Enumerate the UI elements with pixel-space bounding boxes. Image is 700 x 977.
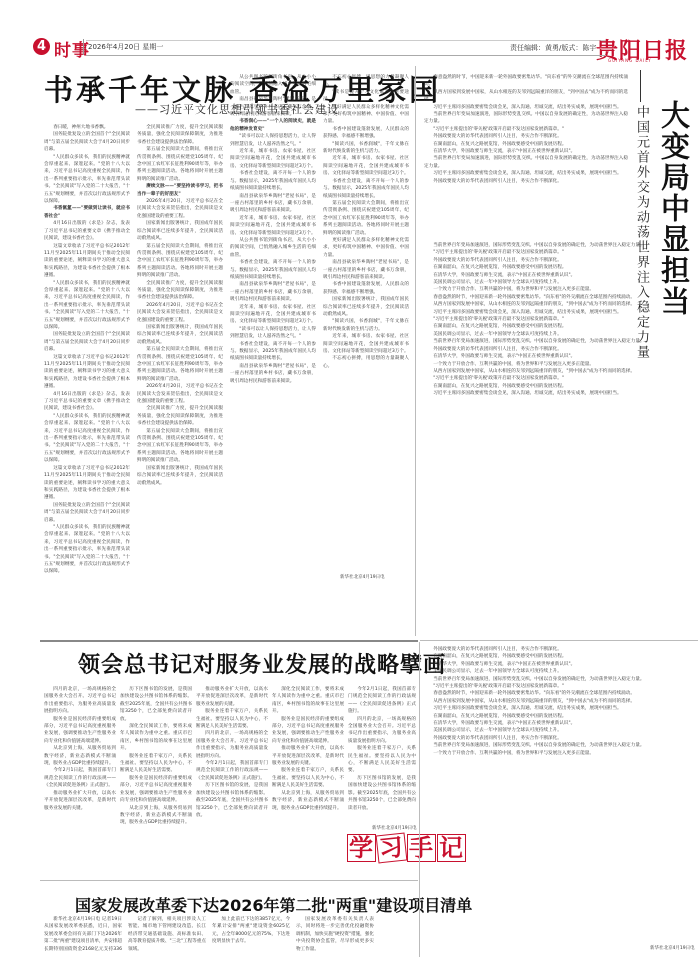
paragraph: 当前世界百年变局加速演进，国际形势变乱交织。中国以自身发展的确定性，为动荡世界注… (424, 111, 628, 126)
paragraph: 近年来，城市书房、农家书屋、社区阅读空间遍地开花，全国共建成城市书房、文化驿站等… (323, 155, 409, 177)
story1-dateline: 新华社北京4月19日电 (340, 574, 385, 580)
story3-headline[interactable]: 国家发展改革委下达2026年第二批"两重"建设项目清单 (75, 893, 472, 916)
paragraph: 从北京到上海，从服务贸易到数字经济，新业态新模式不断涌现，服务业占GDP比重持续… (120, 805, 192, 827)
story1-column-2: 全民阅读推广力度，提升全民阅读服务质量，强化全民阅读保障制度，为推进书香社会建设… (137, 124, 223, 584)
paragraph: 服务业连着千家万户，关系民生福祉。要坚持以人民为中心，不断满足人民美好生活需要。 (272, 767, 344, 789)
paragraph: "习近平主席提出的'零关税'政策开启最不发达国家发展新篇章。" (424, 375, 696, 382)
paragraph: 更好满足人民群众多样化精神文化需求，更好构筑中国精神、中国价值、中国力量。 (323, 237, 409, 259)
paragraph: 在湖南韶山，在复兴之路展览馆，外国政要感受中国的发展历程。 (424, 323, 696, 330)
paragraph: "人民群众多读书，我们的民族精神就会厚重起来、深邃起来。"党的十八大以来，习近平… (44, 154, 130, 206)
header-bottom-rule (86, 55, 606, 56)
paragraph: 外国政要庞大的访华代表团同所引人注目，务实合作不断深化。 (424, 735, 696, 742)
paragraph: 服务业是国民经济的重要组成部分，习近平总书记高度重视服务业发展，强调要推动生产性… (44, 716, 116, 746)
paragraph: 国家新闻出版署统计，我国成年国民综合阅读率已连续多年提升，全民阅读活动蔚然成风。 (137, 465, 223, 487)
story1-column-4: 不忘初心拼搏，用思想的力量凝聚人心。 "读书是提升个人文化素养的重要途径。" 更… (323, 74, 409, 574)
paragraph: 当前世界百年变局加速演进，国际形势变乱交织。中国以自身发展的确定性，为动荡世界注… (424, 155, 628, 170)
paragraph: 书香社会建设，离不开每一个人的参与。数据显示，2025年我国成年国民人均纸质图书… (230, 259, 316, 281)
subhead: 书香润心——"一个人的阅读史，就是他的精神发育史" (230, 118, 316, 133)
paragraph: 南昌县砍泉华乡陶村"老屋书局"，是一座古村落里的乡村书店，藏书万余册，吸引周边村… (323, 259, 409, 281)
paragraph: 习近平主席同多国政要密集会谈会见，深入沟通、坦诚交流，结出务实成果，展现中国担当… (424, 170, 628, 177)
header-separator (83, 39, 84, 55)
paragraph: 外国政要庞大的访华代表团同所引人注目，务实合作不断深化。 (424, 178, 628, 185)
section-title: 时事 (54, 36, 90, 61)
paragraph: 在湖南韶山，在复兴之路展览馆，外国政要感受中国的发展历程。 (424, 141, 628, 148)
paragraph: 从北京到上海，从服务贸易到数字经济，新业态新模式不断涌现，服务业占GDP比重持续… (272, 790, 344, 812)
paragraph: 今年2月1日起，我国首部专门规范全民阅读工作的行政法规——《全民阅读促进条例》正… (348, 686, 416, 716)
header-top-rule (86, 40, 606, 41)
paragraph: 在清华大学，外国政要与师生交流，表示"中国正在被世界重新认识"。 (424, 148, 628, 155)
story2-column-4: 深化全民阅读工作，要将未成年人阅读作为重中之重。重庆市巴南区，乡村图书馆的故事在… (272, 686, 344, 876)
paragraph: 当前世界百年变局加速演进，国际形势变乱交织。中国以自身发展的确定性，为动荡世界注… (424, 242, 696, 249)
paragraph: "习近平主席提出的'零关税'政策开启最不发达国家发展新篇章。" (424, 249, 696, 256)
paragraph: 近年来，城市书房、农家书屋、社区阅读空间遍地开花，全国共建成城市书房、文化驿站等… (230, 215, 316, 237)
paragraph: 当前世界百年变局加速演进，国际形势变乱交织。中国以自身发展的确定性，为动荡世界注… (424, 338, 696, 345)
paragraph: 书香社会建设，离不开每一个人的参与。数据显示，2025年我国成年国民人均纸质图书… (230, 170, 316, 192)
paragraph: 从西方国家到发展中国家，从山水相连的友邻到远隔重洋的朋友，"到中国去"成为不约而… (424, 698, 696, 705)
paragraph: "读书可以让人保持思想活力，让人得到智慧启发，让人滋养浩然之气。" (230, 326, 316, 341)
column-divider (415, 66, 416, 636)
paragraph: 服务业是国民经济的重要组成部分，习近平总书记高度重视服务业发展，强调要推动生产性… (272, 716, 344, 746)
paragraph: 春意盎然的时节，中国迎来新一轮外国政要密集访华。"向东看"的外交潮流在全球范围内… (424, 294, 696, 301)
section-divider-right (420, 640, 698, 641)
paragraph: 书香中国建设蓬勃发展，人民群众的获得感、幸福感不断增强。 (323, 281, 409, 296)
paragraph: 推动服务业扩大开放，以高水平开放促进深层次改革，是新时代服务业发展的关键。 (44, 790, 116, 812)
story3-column-4: 国家发展改革委有关负责人表示，同时将进一步完善优化投融资协调机制，加快实施"硬投… (296, 916, 374, 952)
paragraph: 国家新闻出版署统计，我国成年国民综合阅读率已连续多年提升，全民阅读活动蔚然成风。 (137, 220, 223, 242)
story1-column-1: 春日暖，神州大地书香飘。 国务院批复设立的全国首个"全民阅读周"与第五届全民阅读… (44, 124, 130, 584)
paragraph: 南昌县砍泉华乡陶村"老屋书局"，是一座古村落里的乡村书店，藏书万余册，吸引周边村… (230, 193, 316, 215)
paragraph: "习近平主席提出的'零关税'政策开启最不发达国家发展新篇章。" (424, 316, 696, 323)
paragraph: "人民群众多读书，我们的民族精神就会厚重起来、深邃起来。"党的十八大以来，习近平… (44, 524, 130, 576)
story3-column-2: 记者了解到，相关项目涉及人工智能、城市地下管网建设改造、长江经济带交通基础设施、… (128, 916, 206, 952)
paragraph: "阅读兴国，书香润城"，千年文脉在新时代焕发新的生机与活力。 (323, 318, 409, 333)
paragraph: 南昌县砍泉华乡陶村"老屋书局"，是一座古村落里的乡村书店，藏书万余册，吸引周边村… (230, 363, 316, 385)
paragraph: 美国民调公司显示，过去一年中国领导力全球认可度持续上升。 (424, 668, 696, 675)
paragraph: 国务院批复设立的全国首个"全民阅读周"与第五届全民阅读大会于4月20日同步启幕。 (44, 331, 130, 353)
paragraph: "读书是提升个人文化素养的重要途径。" (323, 89, 409, 104)
paragraph: 近年来，城市书房、农家书屋、社区阅读空间遍地开花，全国共建成城市书房、文化驿站等… (230, 304, 316, 326)
paragraph: 书香社会建设，离不开每一个人的参与。数据显示，2025年我国成年国民人均纸质图书… (323, 178, 409, 200)
paragraph: "习近平主席提出的'零关税'政策开启最不发达国家发展新篇章。" (424, 683, 696, 690)
paragraph: 服务业连着千家万户，关系民生福祉。要坚持以人民为中心，不断满足人民美好生活需要。 (120, 753, 192, 775)
paragraph: 国务院批复设立的全国首个"全民阅读周"与第五届全民阅读大会于4月20日同步启幕。 (44, 131, 130, 153)
right-story-bottom-text: 当前世界百年变局加速演进，国际形势变乱交织。中国以自身发展的确定性，为动荡世界注… (424, 242, 696, 632)
story2-column-2: 历下区图书馆的发展，是我国加快建设公共图书馆体系的缩影。截至2025年底，全国共… (120, 686, 192, 876)
paragraph: 记者了解到，相关项目涉及人工智能、城市地下管网建设改造、长江经济带交通基础设施、… (128, 916, 206, 952)
stamp-char: 学 (347, 834, 376, 862)
paragraph: 国务院批复设立的全国首个"全民阅读周"与第五届全民阅读大会于4月20日同步启幕。 (44, 502, 130, 524)
paragraph: 第五届全民阅读大会期间，将推出宣传贯彻条例、围绕庆祝建党105周年、纪念中国工农… (137, 346, 223, 383)
paragraph: 从公共图书馆到街角书店，从大小小的阅读空间，已悄然融入城乡生活的毛细血管。 (230, 74, 316, 96)
paragraph: 这篇文章收录了习近平总书记2012年11月至2025年11月期间关于推动全民阅读… (44, 243, 130, 280)
paragraph: 美国民调公司显示，过去一年中国领导力全球认可度持续上升。 (424, 279, 696, 286)
paragraph: 新华社北京4月19日电 记者19日从国家发展改革委获悉，近日，国家发展改革委会同… (44, 916, 122, 952)
paragraph: 四月的北京，一场高规格的全国服务业大会召开。习近平总书记作出重要指示，为服务业高… (348, 716, 416, 746)
story2-dateline: 新华社北京4月19日电 (372, 825, 417, 831)
paragraph: 春意盎然的时节，中国迎来新一轮外国政要密集访华。"向东看"的外交潮流在全球范围内… (424, 690, 696, 697)
paragraph: 更好满足人民群众多样化精神文化需求，更好构筑中国精神、中国价值、中国力量。 (323, 104, 409, 126)
paragraph: 今年2月1日起，我国首部专门规范全民阅读工作的行政法规——《全民阅读促进条例》正… (44, 767, 116, 789)
newspaper-logo-sub: GUIYANG DAILY (608, 58, 652, 63)
paragraph: 全民阅读推广力度，提升全民阅读服务质量，强化全民阅读保障制度，为推进书香社会建设… (137, 280, 223, 302)
paragraph: 不忘初心拼搏，用思想的力量凝聚人心。 (323, 74, 409, 89)
paragraph: 推动服务业扩大开放，以高水平开放促进深层次改革，是新时代服务业发展的关键。 (196, 686, 268, 708)
story2-column-1: 四月的北京，一场高规格的全国服务业大会召开。习近平总书记作出重要指示，为服务业高… (44, 686, 116, 876)
page-number-badge: 4 (33, 38, 50, 55)
story2-column-5: 今年2月1日起，我国首部专门规范全民阅读工作的行政法规——《全民阅读促进条例》正… (348, 686, 416, 824)
paragraph: 近年来，城市书房、农家书屋、社区阅读空间遍地开花，全国共建成城市书房、文化驿站等… (323, 333, 409, 355)
paragraph: 服务业是国民经济的重要组成部分，习近平总书记高度重视服务业发展，强调要推动生产性… (120, 775, 192, 805)
right-story-top-text: 春意盎然的时节，中国迎来新一轮外国政要密集访华。"向东看"的外交潮流在全球范围内… (424, 74, 628, 239)
paragraph: 不忘初心拼搏，用思想的力量凝聚人心。 (323, 355, 409, 370)
paragraph: 书香中国建设蓬勃发展，人民群众的获得感、幸福感不断增强。 (323, 126, 409, 141)
story3-column-3: 加上此前已下达的3857亿元，今年累计安排"两重"建设资金6025亿元，占全年8… (212, 916, 290, 952)
paragraph: 第五届全民阅读大会期间，将推出宣传贯彻条例、围绕庆祝建党105周年、纪念中国工农… (137, 428, 223, 465)
paragraph: 第五届全民阅读大会期间，将推出宣传贯彻条例、围绕庆祝建党105周年、纪念中国工农… (323, 200, 409, 237)
paragraph: 一个致力于开放合作、互利共赢的中国，将为世界和平与发展注入更多正能量。 (424, 286, 696, 293)
paragraph: 服务业连着千家万户，关系民生福祉。要坚持以人民为中心，不断满足人民美好生活需要。 (348, 745, 416, 775)
paragraph: "阅读兴国，书香润城"，千年文脉在新时代焕发新的生机与活力。 (323, 141, 409, 156)
paragraph: 第五届全民阅读大会期间，将推出宣传贯彻条例、围绕庆祝建党105周年、纪念中国工农… (137, 243, 223, 280)
paragraph: 全民阅读推广力度，提升全民阅读服务质量，强化全民阅读保障制度，为推进书香社会建设… (137, 124, 223, 146)
story2-headline[interactable]: 领会总书记对服务业发展的战略擘画 (78, 648, 446, 679)
paragraph: 这篇文章收录了习近平总书记2012年11月至2025年11月期间关于推动全民阅读… (44, 465, 130, 502)
paragraph: "人民群众多读书，我们的民族精神就会厚重起来、深邃起来。"党的十八大以来，习近平… (44, 413, 130, 465)
paragraph: 南昌县砍泉华乡陶村"老屋书局"，是一座古村落里的乡村书店，藏书万余册，吸引周边村… (230, 281, 316, 303)
story2-column-3: 推动服务业扩大开放，以高水平开放促进深层次改革，是新时代服务业发展的关键。 服务… (196, 686, 268, 876)
paragraph: 今年2月1日起，我国首部专门规范全民阅读工作的行政法规——《全民阅读促进条例》正… (196, 760, 268, 782)
paragraph: 当前世界百年变局加速演进，国际形势变乱交织。中国以自身发展的确定性，为动荡世界注… (424, 676, 696, 683)
paragraph: 从西方国家到发展中国家，从山水相连的友邻到远隔重洋的朋友，"到中国去"成为不约而… (424, 301, 696, 308)
paragraph: 外国政要庞大的访华代表团同所引人注目，务实合作不断深化。 (424, 257, 696, 264)
paragraph: 外国政要庞大的访华代表团同所引人注目，务实合作不断深化。 (424, 133, 628, 140)
paragraph: 近年来，城市书房、农家书屋、社区阅读空间遍地开花，全国共建成城市书房、文化驿站等… (230, 148, 316, 170)
paragraph: 第五届全民阅读大会期间，将推出宣传贯彻条例、围绕庆祝建党105周年、纪念中国工农… (137, 146, 223, 183)
paragraph: 2026年4月20日，习近平总书记在全民阅读大会发来贺信指出，全民阅读是文化强国… (137, 302, 223, 324)
paragraph: 国家发展改革委有关负责人表示，同时将进一步完善优化投融资协调机制，加快实施"硬投… (296, 916, 374, 952)
paragraph: 在清华大学，外国政要与师生交流，表示"中国正在被世界重新认识"。 (424, 720, 696, 727)
story1-column-3: 从公共图书馆到街角书店，从大小小的阅读空间，已悄然融入城乡生活的毛细血管。 南昌… (230, 74, 316, 584)
story3-column-1: 新华社北京4月19日电 记者19日从国家发展改革委获悉，近日，国家发展改革委会同… (44, 916, 122, 952)
paragraph: 习近平主席同多国政要密集会谈会见，深入沟通、坦诚交流，结出务实成果，展现中国担当… (424, 309, 696, 316)
paragraph: 2026年4月20日，习近平总书记在全民阅读大会发来贺信指出，全民阅读是文化强国… (137, 383, 223, 405)
paragraph: 外国政要庞大的访华代表团同所引人注目，务实合作不断深化。 (424, 646, 696, 653)
right-story-dateline: 新华社北京4月19日电 (650, 945, 695, 951)
paragraph: 国家新闻出版署统计，我国成年国民综合阅读率已连续多年提升，全民阅读活动蔚然成风。 (323, 296, 409, 318)
paragraph: 习近平主席同多国政要密集会谈会见，深入沟通、坦诚交流，结出务实成果，展现中国担当… (424, 705, 696, 712)
paragraph: "读书可以让人保持思想活力，让人得到智慧启发，让人滋养浩然之气。" (230, 133, 316, 148)
paragraph: 加上此前已下达的3857亿元，今年累计安排"两重"建设资金6025亿元，占全年8… (212, 916, 290, 946)
paragraph: 当前世界百年变局加速演进，国际形势变乱交织。中国以自身发展的确定性，为动荡世界注… (424, 742, 696, 749)
paragraph: 4月16日出版的《求是》杂志，发表了习近平总书记的重要文章《携手推动全民阅读，建… (44, 220, 130, 242)
paragraph: 美国民调公司显示，过去一年中国领导力全球认可度持续上升。 (424, 331, 696, 338)
paragraph: 四月的北京，一场高规格的全国服务业大会召开。习近平总书记作出重要指示，为服务业高… (196, 730, 268, 760)
editor-credit: 责任编辑：黄勇/版式：陈宇 (510, 43, 596, 53)
right-story-rule (640, 70, 641, 102)
paragraph: 在湖南韶山，在复兴之路展览馆，外国政要感受中国的发展历程。 (424, 653, 696, 660)
paragraph: 推动服务业扩大开放，以高水平开放促进深层次改革，是新时代服务业发展的关键。 (272, 745, 344, 767)
paragraph: "习近平主席提出的'零关税'政策开启最不发达国家发展新篇章。" (424, 126, 628, 133)
paragraph: 外国政要庞大的访华代表团同所引人注目，务实合作不断深化。 (424, 346, 696, 353)
paragraph: 春日暖，神州大地书香飘。 (44, 124, 130, 131)
paragraph: 深化全民阅读工作，要将未成年人阅读作为重中之重。重庆市巴南区，乡村图书馆的故事在… (272, 686, 344, 716)
paragraph: 4月16日出版的《求是》杂志，发表了习近平总书记的重要文章《携手推动全民阅读，建… (44, 391, 130, 413)
paragraph: 服务业连着千家万户，关系民生福祉。要坚持以人民为中心，不断满足人民美好生活需要。 (196, 708, 268, 730)
paragraph: 深化全民阅读工作，要将未成年人阅读作为重中之重。重庆市巴南区，乡村图书馆的故事在… (120, 723, 192, 753)
paragraph: 在湖南韶山，在复兴之路展览馆，外国政要感受中国的发展历程。 (424, 383, 696, 390)
stamp-char: 习 (376, 833, 408, 864)
section-divider-2 (40, 880, 418, 881)
paragraph: 一个致力于开放合作、互利共赢的中国，将为世界和平与发展注入更多正能量。 (424, 361, 696, 368)
paragraph: 在清华大学，外国政要与师生交流，表示"中国正在被世界重新认识"。 (424, 661, 696, 668)
paragraph: 从西方国家到发展中国家，从山水相连的友邻到远隔重洋的朋友，"到中国去"成为不约而… (424, 89, 628, 104)
paragraph: "人民群众多读书，我们的民族精神就会厚重起来、深邃起来。"党的十八大以来，习近平… (44, 280, 130, 332)
paragraph: 历下区图书馆的发展，是我国加快建设公共图书馆体系的缩影。截至2025年底，全国共… (196, 782, 268, 819)
section-divider (40, 640, 418, 642)
paragraph: 美国民调公司显示，过去一年中国领导力全球认可度持续上升。 (424, 727, 696, 734)
paragraph: 2026年4月20日，习近平总书记在全民阅读大会发来贺信指出，全民阅读是文化强国… (137, 198, 223, 220)
paragraph: 习近平主席同多国政要密集会谈会见，深入沟通、坦诚交流，结出务实成果，展现中国担当… (424, 390, 696, 397)
column-divider-bottom (419, 642, 420, 957)
right-story-continued: 外国政要庞大的访华代表团同所引人注目，务实合作不断深化。 在湖南韶山，在复兴之路… (424, 646, 696, 942)
subhead: 赓续文脉——"要坚持读书学习，把书当作一辈子的好朋友" (137, 183, 223, 198)
issue-date: 2026年4月20日 星期一 (88, 42, 163, 52)
paragraph: 书香社会建设，离不开每一个人的参与。数据显示，2025年我国成年国民人均纸质图书… (230, 341, 316, 363)
paragraph: 南昌县砍泉华乡陶村"老屋书局"，是一座古村落里的乡村书店，藏书万余册，吸引周边村… (230, 96, 316, 118)
paragraph: 习近平主席同多国政要密集会谈会见，深入沟通、坦诚交流，结出务实成果，展现中国担当… (424, 104, 628, 111)
paragraph: 在清华大学，外国政要与师生交流，表示"中国正在被世界重新认识"。 (424, 353, 696, 360)
paragraph: 全民阅读推广力度，提升全民阅读服务质量，强化全民阅读保障制度，为推进书香社会建设… (137, 405, 223, 427)
paragraph: 在湖南韶山，在复兴之路展览馆，外国政要感受中国的发展历程。 (424, 264, 696, 271)
subhead: 书香氤氲——"要做到让读书，就应书香社会" (44, 205, 130, 220)
paragraph: 从公共图书馆到街角书店，从大小小的阅读空间，已悄然融入城乡生活的毛细血管。 (230, 237, 316, 259)
paragraph: 一个致力于开放合作、互利共赢的中国，将为世界和平与发展注入更多正能量。 (424, 750, 696, 757)
paragraph: 历下区图书馆的发展，是我国加快建设公共图书馆体系的缩影。截至2025年底，全国共… (120, 686, 192, 723)
paragraph: 这篇文章收录了习近平总书记2012年11月至2025年11月期间关于推动全民阅读… (44, 354, 130, 391)
paragraph: 国家新闻出版署统计，我国成年国民综合阅读率已连续多年提升，全民阅读活动蔚然成风。 (137, 324, 223, 346)
paragraph: 在湖南韶山，在复兴之路展览馆，外国政要感受中国的发展历程。 (424, 713, 696, 720)
paragraph: 在清华大学，外国政要与师生交流，表示"中国正在被世界重新认识"。 (424, 272, 696, 279)
paragraph: 历下区图书馆的发展，是我国加快建设公共图书馆体系的缩影。截至2025年底，全国共… (348, 775, 416, 812)
paragraph: 四月的北京，一场高规格的全国服务业大会召开。习近平总书记作出重要指示，为服务业高… (44, 686, 116, 716)
paragraph: 从西方国家到发展中国家，从山水相连的友邻到远隔重洋的朋友，"到中国去"成为不约而… (424, 368, 696, 375)
paragraph: 春意盎然的时节，中国迎来新一轮外国政要密集访华。"向东看"的外交潮流在全球范围内… (424, 74, 628, 89)
paragraph: 从北京到上海，从服务贸易到数字经济，新业态新模式不断涌现，服务业占GDP比重持续… (44, 745, 116, 767)
